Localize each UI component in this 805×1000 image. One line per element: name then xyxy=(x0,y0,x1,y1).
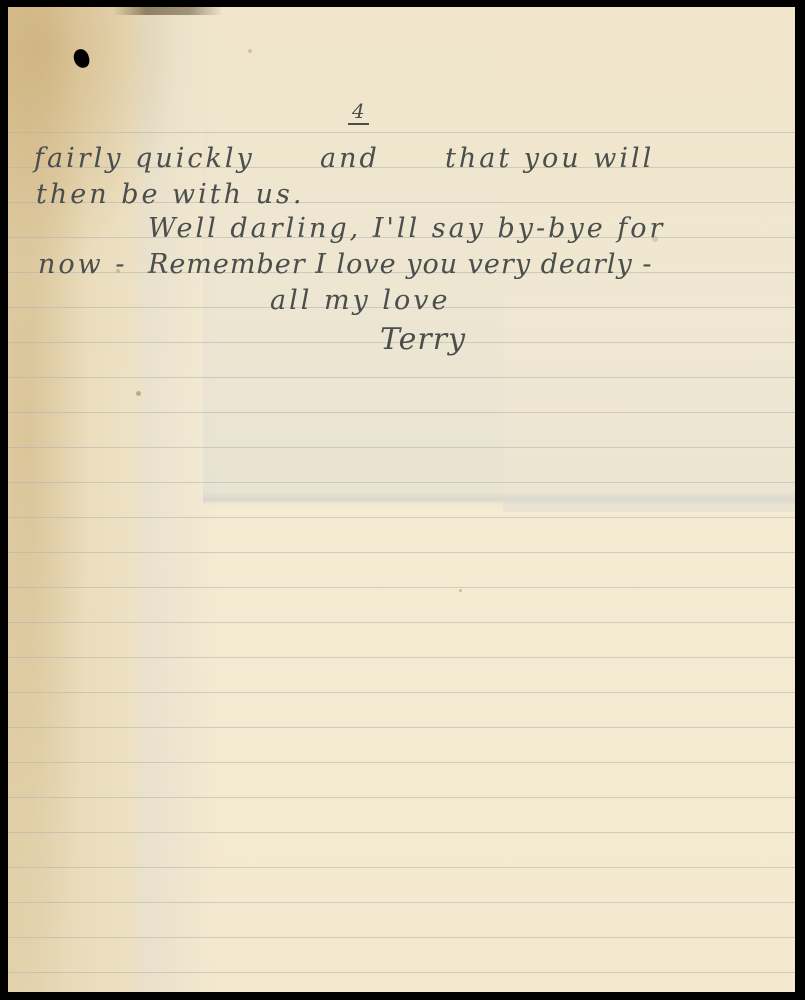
ruled-line xyxy=(8,972,795,973)
closing-line: all my love xyxy=(270,287,451,314)
ruled-line xyxy=(8,832,795,833)
letter-line-1-right: that you will xyxy=(445,145,654,172)
letter-line-1-left: fairly quickly xyxy=(34,145,255,172)
foxing-spot xyxy=(459,589,462,592)
letter-line-4-left: now - xyxy=(38,251,127,278)
ruled-line xyxy=(8,517,795,518)
signature: Terry xyxy=(380,325,466,355)
ruled-line xyxy=(8,552,795,553)
letter-line-2: then be with us. xyxy=(36,181,304,208)
ruled-line xyxy=(8,132,795,133)
page-number: 4 xyxy=(348,101,369,125)
ruled-line xyxy=(8,377,795,378)
ruled-line xyxy=(8,447,795,448)
ruled-line xyxy=(8,867,795,868)
letter-line-3: Well darling, I'll say by-bye for xyxy=(148,215,665,242)
ruled-line xyxy=(8,412,795,413)
ruled-line xyxy=(8,937,795,938)
ruled-line xyxy=(8,482,795,483)
foxing-spot xyxy=(248,49,252,53)
ruled-line xyxy=(8,657,795,658)
ruled-line xyxy=(8,727,795,728)
ruled-line xyxy=(8,692,795,693)
ruled-line xyxy=(8,902,795,903)
letter-line-1-mid: and xyxy=(320,145,380,172)
letter-page: 4 fairly quickly and that you will then … xyxy=(8,7,795,992)
top-edge-damage xyxy=(113,7,223,15)
foxing-spot xyxy=(136,391,141,396)
punch-hole xyxy=(72,48,91,70)
ruled-line xyxy=(8,762,795,763)
fold-crease xyxy=(203,492,795,506)
ruled-line xyxy=(8,587,795,588)
ruled-line xyxy=(8,797,795,798)
ruled-line xyxy=(8,622,795,623)
letter-line-4-right: Remember I love you very dearly - xyxy=(148,251,653,278)
